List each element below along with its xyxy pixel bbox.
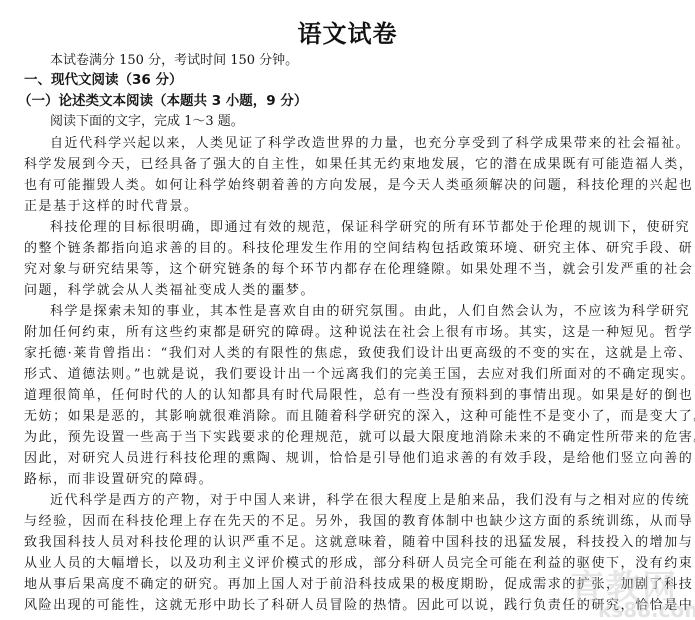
passage-line: 自近代科学兴起以来，人类见证了科学改造世界的力量，也充分享受到了科学成果带来的社… <box>50 135 690 153</box>
passage-line: 无妨；如果是恶的，其影响就很难消除。而且随着科学研究的深入，这种可能性不是变小了… <box>24 408 695 426</box>
exam-intro: 本试卷满分 150 分，考试时间 150 分钟。 <box>50 52 298 70</box>
passage-line: 从业人员的大幅增长，以及功利主义评价模式的形成，部分科研人员完全可能在利益的驱使… <box>24 555 693 573</box>
passage-line: 形式、道德法则。”也就是说，我们要设计出一个远离我们的完美王国，去应对我们所面对… <box>24 366 695 384</box>
passage-line: 科学发展到今天，已经具备了强大的自主性，如果任其无约束地发展，它的潜在成果既有可… <box>24 156 693 174</box>
passage-line: 科技伦理的目标很明确，即通过有效的规范，保证科学研究的所有环节都处于伦理的规训下… <box>50 219 690 237</box>
reading-instruction: 阅读下面的文字，完成 1～3 题。 <box>50 113 244 131</box>
passage-line: 路标，而非设置研究的障碍。 <box>24 471 213 489</box>
exam-page: 语文试卷 本试卷满分 150 分，考试时间 150 分钟。 一、现代文阅读（36… <box>0 0 695 620</box>
passage-line: 科学是探索未知的事业，其本性是喜欢自由的研究氛围。由此，人们自然会认为，不应该为… <box>50 303 690 321</box>
passage-line: 近代科学是西方的产物，对于中国人来讲，科学在很大程度上是舶来品，我们没有与之相对… <box>50 492 690 510</box>
passage-line: 家托德·莱肯曾指出：“我们对人类的有限性的焦虑，致使我们设计出更高级的不变的实在… <box>24 345 693 363</box>
page-title: 语文试卷 <box>0 14 695 49</box>
passage-line: 道理很简单，任何时代的人的认知都具有时代局限性，总有一些没有预料到的事情出现。如… <box>24 387 693 405</box>
passage-line: 附加任何约束，所有这些约束都是研究的障碍。这种说法在社会上很有市场。其实，这是一… <box>24 324 693 342</box>
passage-line: 的整个链条都指向追求善的目的。科技伦理发生作用的空间结构包括政策环境、研究主体、… <box>24 240 693 258</box>
passage-line: 与经验，因而在科技伦理上存在先天的不足。另外，我国的教育体制中也缺少这方面的系统… <box>24 513 693 531</box>
passage-line: 因此，对研究人员进行科技伦理的熏陶、规训，恰恰是引导他们追求善的有效手段，是给他… <box>24 450 693 468</box>
passage-line: 正是基于这样的时代背景。 <box>24 198 199 216</box>
passage-line: 也有可能摧毁人类。如何让科学始终朝着善的方向发展，是今天人类亟须解决的问题，科技… <box>24 177 693 195</box>
passage-line: 致我国科技人员对科技伦理的认识严重不足。这就意味着，随着中国科技的迅猛发展，科技… <box>24 534 693 552</box>
section-heading: 一、现代文阅读（36 分） <box>24 71 183 89</box>
passage-line: 究对象与研究结果等，这个研究链条的每个环节内都存在伦理缝隙。如果处理不当，就会引… <box>24 261 693 279</box>
passage-line: 问题，科学就会从人类福祉变成人类的噩梦。 <box>24 282 315 300</box>
passage-line: 地从事后果高度不确定的研究。再加上国人对于前沿科技成果的极度期盼，促成需求的扩张… <box>24 576 693 594</box>
passage-line: 为此，预先设置一些高于当下实践要求的伦理规范，就可以最大限度地消除未来的不确定性… <box>24 429 695 447</box>
passage-line: 风险出现的可能性，这就无形中助长了科研人员冒险的热情。因此可以说，践行负责任的研… <box>24 597 693 615</box>
subsection-heading: （一）论述类文本阅读（本题共 3 小题，9 分） <box>18 92 307 110</box>
